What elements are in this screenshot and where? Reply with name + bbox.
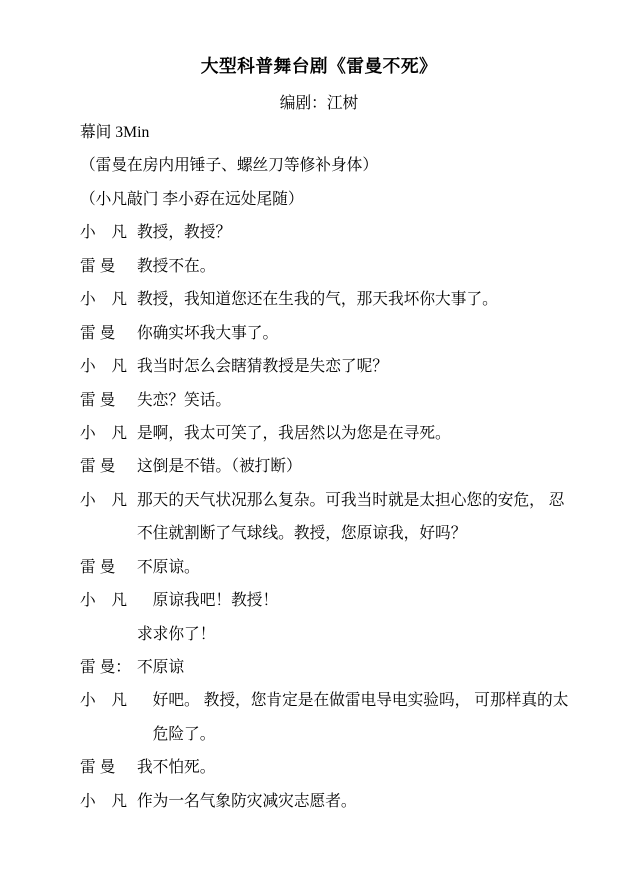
speaker-name: 雷 曼 — [80, 384, 137, 417]
script-line: 小 凡教授，教授？ — [80, 216, 610, 249]
speaker-name: 小 凡 — [80, 484, 137, 517]
script-line: 小 凡是啊，我太可笑了，我居然以为您是在寻死。 — [80, 417, 610, 450]
speaker-name: 小 凡 — [80, 785, 137, 818]
script-line: 雷 曼教授不在。 — [80, 250, 610, 283]
dialogue-text: 不原谅 — [137, 659, 184, 676]
dialogue-text: 危险了。 — [137, 726, 215, 743]
direction-text: （小凡敲门 李小孬在远处尾随） — [80, 191, 304, 208]
document-header: 大型科普舞台剧《雷曼不死》 编剧：江树 — [80, 55, 558, 112]
script-line-continuation: 不住就割断了气球线。教授，您原谅我，好吗？ — [80, 517, 610, 550]
dialogue-text: 好吧。 教授，您肯定是在做雷电导电实验吗， 可那样真的太 — [137, 692, 568, 709]
dialogue-text: 这倒是不错。（被打断） — [137, 458, 302, 475]
dialogue-text: 是啊，我太可笑了，我居然以为您是在寻死。 — [137, 425, 451, 442]
dialogue-text: 我不怕死。 — [137, 759, 215, 776]
dialogue-text: 那天的天气状况那么复杂。可我当时就是太担心您的安危， 忍 — [137, 492, 564, 509]
byline: 编剧：江树 — [80, 96, 558, 112]
speaker-name: 雷 曼 — [80, 450, 137, 483]
stage-direction: （小凡敲门 李小孬在远处尾随） — [80, 183, 610, 216]
dialogue-text: 教授，我知道您还在生我的气，那天我坏你大事了。 — [137, 291, 498, 308]
dialogue-text: 教授不在。 — [137, 258, 215, 275]
speaker-name: 小 凡 — [80, 216, 137, 249]
speaker-name: 雷 曼 — [80, 751, 137, 784]
direction-text: （雷曼在房内用锤子、螺丝刀等修补身体） — [80, 157, 378, 174]
script-line: 小 凡我当时怎么会瞎猜教授是失恋了呢？ — [80, 350, 610, 383]
script-line-continuation: 危险了。 — [80, 718, 610, 751]
speaker-name: 小 凡 — [80, 417, 137, 450]
dialogue-text: 原谅我吧！教授！ — [137, 592, 278, 609]
dialogue-text: 不原谅。 — [137, 559, 200, 576]
speaker-name: 小 凡 — [80, 684, 137, 717]
script-line: 雷 曼这倒是不错。（被打断） — [80, 450, 610, 483]
dialogue-text: 作为一名气象防灾减灾志愿者。 — [137, 793, 357, 810]
dialogue-text: 你确实坏我大事了。 — [137, 325, 278, 342]
script-line: 小 凡那天的天气状况那么复杂。可我当时就是太担心您的安危， 忍 — [80, 484, 610, 517]
speaker-name: 小 凡 — [80, 584, 137, 617]
speaker-name: 雷 曼 — [80, 317, 137, 350]
speaker-name: 雷 曼： — [80, 651, 137, 684]
script-line: 雷 曼失恋？笑话。 — [80, 384, 610, 417]
document-page: 大型科普舞台剧《雷曼不死》 编剧：江树 幕间 3Min （雷曼在房内用锤子、螺丝… — [0, 0, 638, 878]
script-line-continuation: 求求你了！ — [80, 618, 610, 651]
script-line: 雷 曼：不原谅 — [80, 651, 610, 684]
script-line: 雷 曼我不怕死。 — [80, 751, 610, 784]
script-line: 小 凡教授，我知道您还在生我的气，那天我坏你大事了。 — [80, 283, 610, 316]
script-line: 雷 曼不原谅。 — [80, 551, 610, 584]
speaker-name: 雷 曼 — [80, 250, 137, 283]
script-line: 小 凡 原谅我吧！教授！ — [80, 584, 610, 617]
dialogue-text: 求求你了！ — [137, 626, 215, 643]
script-line: 小 凡 好吧。 教授，您肯定是在做雷电导电实验吗， 可那样真的太 — [80, 684, 610, 717]
scene-heading: 幕间 3Min — [80, 116, 610, 149]
dialogue-text: 不住就割断了气球线。教授，您原谅我，好吗？ — [137, 525, 466, 542]
direction-text: 幕间 3Min — [80, 124, 149, 141]
speaker-name: 小 凡 — [80, 283, 137, 316]
speaker-name: 雷 曼 — [80, 551, 137, 584]
script-body: 幕间 3Min （雷曼在房内用锤子、螺丝刀等修补身体） （小凡敲门 李小孬在远处… — [80, 116, 610, 818]
page-title: 大型科普舞台剧《雷曼不死》 — [80, 55, 558, 77]
stage-direction: （雷曼在房内用锤子、螺丝刀等修补身体） — [80, 149, 610, 182]
speaker-name: 小 凡 — [80, 350, 137, 383]
script-line: 雷 曼你确实坏我大事了。 — [80, 317, 610, 350]
dialogue-text: 我当时怎么会瞎猜教授是失恋了呢？ — [137, 358, 388, 375]
dialogue-text: 失恋？笑话。 — [137, 392, 231, 409]
dialogue-text: 教授，教授？ — [137, 224, 231, 241]
script-line: 小 凡作为一名气象防灾减灾志愿者。 — [80, 785, 610, 818]
